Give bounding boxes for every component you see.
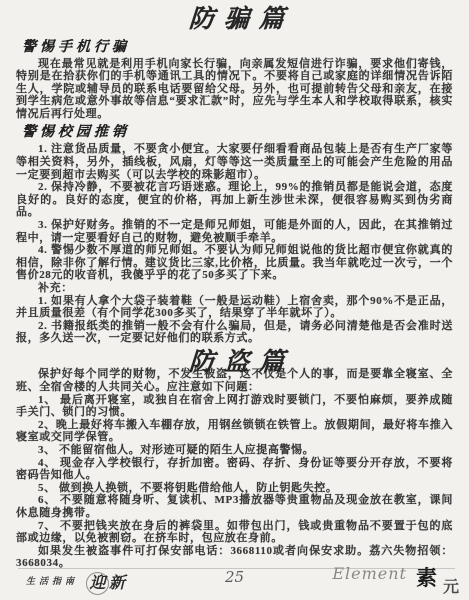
theft-item: 7、 不要把钱夹放在身后的裤袋里。如带包出门，钱或贵重物品不要置于包的底部或边缘… <box>16 520 453 545</box>
sales-item: 1. 注意货品质量，不要贪小便宜。大家要仔细看看商品包装上是否有生产厂家等等相关… <box>16 143 453 181</box>
theft-item: 1、 最后离开寝室，或独自在宿舍上网打游戏时要锁门，不要怕麻烦，要养成随手关门、… <box>16 394 453 419</box>
footer-brand: Element 素 元 <box>332 562 459 592</box>
theft-item: 3、 不能留宿他人。对形迹可疑的陌生人应提高警惕。 <box>16 444 453 457</box>
theft-item: 6、 不要随意将随身听、复读机、MP3播放器等贵重物品及现金放在教室，课间休息随… <box>16 494 453 519</box>
phone-fraud-paragraph: 现在最常见就是利用手机向家长行骗，向亲属发短信进行诈骗，要求他们寄钱，特别是在拾… <box>16 58 453 121</box>
theft-item: 4、 现金存入学校银行，存折加密。密码、存折、身份证等要分开存放，不要将密码告知… <box>16 457 453 482</box>
supplement-item: 2. 书籍报纸类的推销一般不会有什么骗局，但是，请务必问清楚他是否会准时送报，多… <box>16 320 453 345</box>
sales-item: 2. 保持冷静，不要被花言巧语迷惑。理论上，99%的推销员都是能说会道，态度良好… <box>16 181 453 219</box>
fraud-section-title: 防骗篇 <box>29 6 454 34</box>
theft-item: 5、 做到换人换锁，不要将钥匙借给他人，防止钥匙失控。 <box>16 482 453 495</box>
scanned-document-page: 防骗篇 警惕手机行骗 现在最常见就是利用手机向家长行骗，向亲属发短信进行诈骗，要… <box>0 0 469 600</box>
sales-item: 4. 警惕少数不厚道的师兄师姐。不要认为师兄师姐说他的货比超市便宜你就真的相信，… <box>16 244 453 282</box>
sales-item: 3. 保护好财务。推销的不一定是师兄师姐，可能是外面的人，因此，在其推销过程中，… <box>16 219 453 244</box>
brand-char-sub: 元 <box>443 574 459 597</box>
campus-sales-heading: 警惕校园推销 <box>21 121 453 141</box>
supplement-label: 补充： <box>16 282 453 295</box>
theft-item: 2、晚上最好将车搬入车棚存放，用钢丝锁锁在铁管上。放假期间，最好将车推入寝室或交… <box>16 419 453 444</box>
phone-fraud-heading: 警惕手机行骗 <box>21 36 453 56</box>
supplement-item: 1. 如果有人拿个大袋子装着鞋（一般是运动鞋）上宿舍卖，那个90%不是正品，并且… <box>16 295 453 320</box>
brand-char-main: 素 <box>416 566 437 590</box>
theft-section-title: 防盗篇 <box>29 349 454 377</box>
document-content: 防骗篇 警惕手机行骗 现在最常见就是利用手机向家长行骗，向亲属发短信进行诈骗，要… <box>0 0 469 570</box>
brand-element-script: Element <box>332 564 407 583</box>
page-footer: 生活指南 迎新 25 Element 素 元 <box>0 560 469 600</box>
